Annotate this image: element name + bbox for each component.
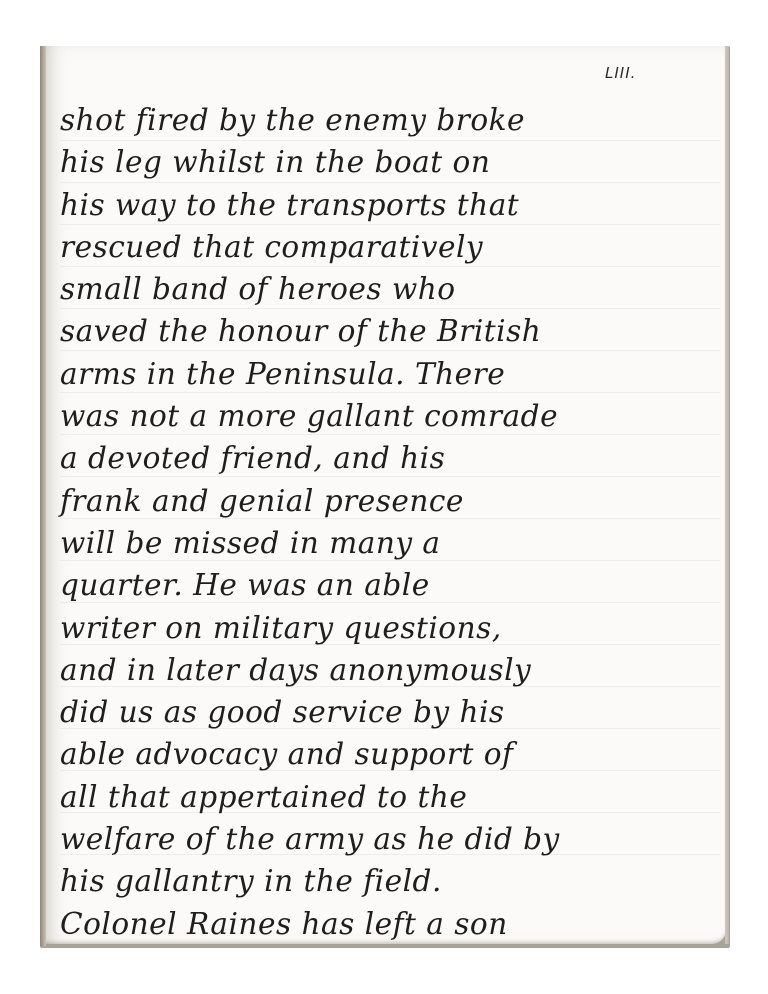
text-line: did us as good service by his xyxy=(60,692,720,734)
text-line: his leg whilst in the boat on xyxy=(60,142,720,184)
text-line: able advocacy and support of xyxy=(60,734,720,776)
text-line: his gallantry in the field. xyxy=(60,861,720,903)
text-line: will be missed in many a xyxy=(60,523,720,565)
text-line: Colonel Raines has left a son xyxy=(60,904,720,946)
text-line: all that appertained to the xyxy=(60,777,720,819)
text-line: rescued that comparatively xyxy=(60,227,720,269)
text-line: a devoted friend, and his xyxy=(60,438,720,480)
text-line: arms in the Peninsula. There xyxy=(60,354,720,396)
handwritten-text: shot fired by the enemy broke his leg wh… xyxy=(60,100,730,946)
text-line: writer on military questions, xyxy=(60,608,720,650)
page-number: LIII. xyxy=(605,64,636,82)
text-line: small band of heroes who xyxy=(60,269,720,311)
text-line: welfare of the army as he did by xyxy=(60,819,720,861)
text-line: shot fired by the enemy broke xyxy=(60,100,720,142)
binding-gutter xyxy=(40,46,46,946)
text-line: saved the honour of the British xyxy=(60,311,720,353)
text-line: quarter. He was an able xyxy=(60,565,720,607)
text-line: his way to the transports that xyxy=(60,185,720,227)
text-line: frank and genial presence xyxy=(60,481,720,523)
text-line: and in later days anonymously xyxy=(60,650,720,692)
text-line: was not a more gallant comrade xyxy=(60,396,720,438)
